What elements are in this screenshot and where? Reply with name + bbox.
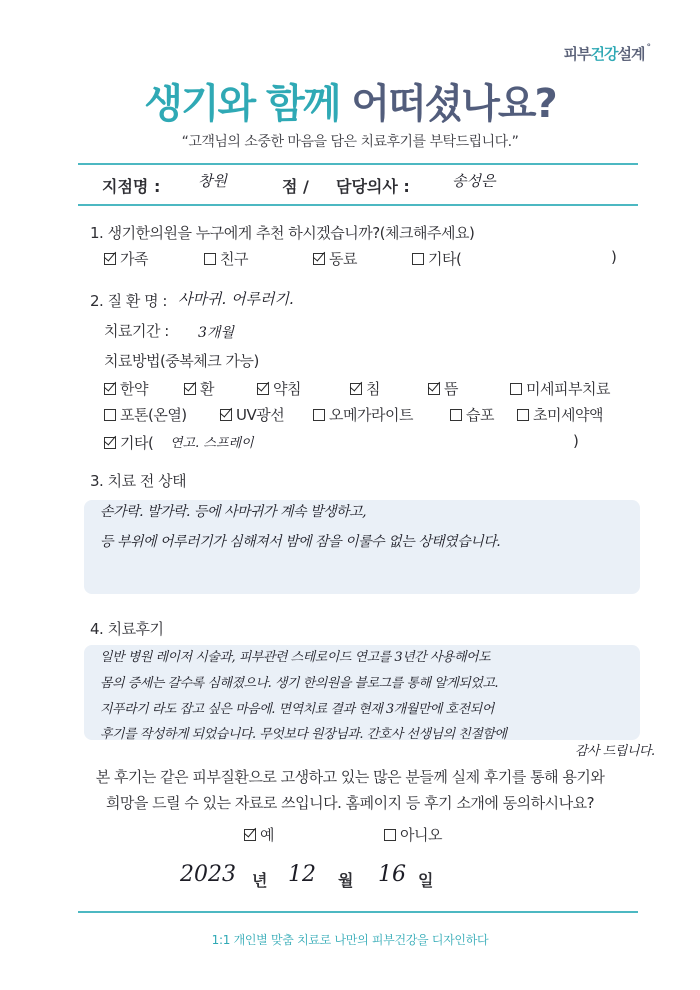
doctor-value[interactable]: 송성은: [452, 170, 495, 191]
method-micro-skin[interactable]: 미세피부치료: [510, 378, 610, 399]
title-part1: 생기와 함께: [144, 81, 339, 127]
date-year-unit: 년: [252, 868, 267, 891]
checkbox-icon[interactable]: [412, 253, 424, 265]
q1-option-other[interactable]: 기타(: [412, 248, 461, 269]
doctor-label: 담당의사 :: [336, 174, 410, 197]
checkbox-icon[interactable]: [384, 829, 396, 841]
q1-option-family[interactable]: 가족: [104, 248, 148, 269]
date-day[interactable]: 16: [378, 862, 406, 887]
q2-method-label: 치료방법(중복체크 가능): [104, 350, 259, 371]
checkbox-icon[interactable]: [313, 409, 325, 421]
checkbox-icon[interactable]: [510, 383, 522, 395]
consent-line-1: 본 후기는 같은 피부질환으로 고생하고 있는 많은 분들께 실제 후기를 통해…: [0, 766, 700, 787]
method-pharmacopuncture[interactable]: 약침: [257, 378, 301, 399]
method-other-value[interactable]: 연고. 스프레이: [170, 432, 254, 451]
logo-suffix: 설계: [618, 45, 645, 63]
q1-option-colleague[interactable]: 동료: [313, 248, 357, 269]
q4-title: 4. 치료후기: [90, 618, 164, 639]
method-acupuncture[interactable]: 침: [350, 378, 380, 399]
page-title: 생기와 함께 어떠셨나요?: [0, 72, 700, 129]
branch-doctor-row: 지점명 : 창원 점 / 담당의사 : 송성은: [102, 172, 622, 198]
q3-line-1: 손가락. 발가락. 등에 사마귀가 계속 발생하고,: [100, 501, 366, 521]
q2-period-value[interactable]: 3개월: [198, 322, 234, 342]
method-compress[interactable]: 습포: [450, 404, 494, 425]
date-month-unit: 월: [338, 868, 353, 891]
q2-disease-value[interactable]: 사마귀. 어루러기.: [178, 288, 294, 309]
method-uv[interactable]: UV광선: [220, 404, 284, 425]
method-other-close: ): [573, 432, 578, 450]
checkbox-icon[interactable]: [517, 409, 529, 421]
q4-line-4: 후기를 작성하게 되었습니다. 무엇보다 원장님과. 간호사 선생님의 친절함에: [100, 723, 507, 742]
page-subtitle: “고객님의 소중한 마음을 담은 치료후기를 부탁드립니다.”: [0, 131, 700, 151]
divider-top: [78, 163, 638, 165]
checkbox-checked-icon[interactable]: [313, 253, 325, 265]
checkbox-checked-icon[interactable]: [104, 253, 116, 265]
checkbox-checked-icon[interactable]: [104, 437, 116, 449]
checkbox-icon[interactable]: [204, 253, 216, 265]
q4-line-5: 감사 드립니다.: [575, 740, 655, 759]
branch-value[interactable]: 창원: [198, 170, 227, 191]
q3-title: 3. 치료 전 상태: [90, 470, 186, 491]
method-photon[interactable]: 포톤(온열): [104, 404, 187, 425]
branch-label: 지점명 :: [102, 174, 160, 197]
method-moxibustion[interactable]: 뜸: [428, 378, 458, 399]
checkbox-icon[interactable]: [450, 409, 462, 421]
checkbox-checked-icon[interactable]: [244, 829, 256, 841]
q2-period-label: 치료기간 :: [104, 320, 169, 341]
footer-tagline: 1:1 개인별 맞춤 치료로 나만의 피부건강을 디자인하다: [0, 931, 700, 948]
checkbox-checked-icon[interactable]: [428, 383, 440, 395]
q1-other-close: ): [611, 248, 616, 266]
checkbox-checked-icon[interactable]: [184, 383, 196, 395]
date-year[interactable]: 2023: [180, 862, 236, 887]
divider-bottom: [78, 911, 638, 913]
consent-yes[interactable]: 예: [244, 824, 274, 845]
method-other[interactable]: 기타(: [104, 432, 153, 453]
q4-line-2: 몸의 증세는 갈수록 심해졌으나. 생기 한의원을 블로그를 통해 알게되었고.: [100, 672, 498, 691]
q4-line-3: 지푸라기 라도 잡고 싶은 마음에. 면역치료 결과 현재 3개월만에 호전되어: [100, 698, 494, 717]
logo-prefix: 피부: [564, 45, 591, 63]
method-ultrafine-solution[interactable]: 초미세약액: [517, 404, 603, 425]
checkbox-checked-icon[interactable]: [104, 383, 116, 395]
q2-disease-label: 2. 질 환 명 :: [90, 290, 167, 311]
consent-line-2: 희망을 드릴 수 있는 자료로 쓰입니다. 홈페이지 등 후기 소개에 동의하시…: [0, 792, 700, 813]
logo-mark-icon: °: [647, 43, 651, 53]
method-omega-light[interactable]: 오메가라이트: [313, 404, 413, 425]
checkbox-checked-icon[interactable]: [350, 383, 362, 395]
q1-option-friend[interactable]: 친구: [204, 248, 248, 269]
q3-line-2: 등 부위에 어루러기가 심해져서 밤에 잠을 이룰수 없는 상태였습니다.: [100, 531, 500, 551]
logo-accent: 건강: [591, 45, 618, 63]
checkbox-checked-icon[interactable]: [257, 383, 269, 395]
date-month[interactable]: 12: [288, 862, 316, 887]
brand-logo: 피부건강설계°: [564, 43, 650, 64]
q1-title: 1. 생기한의원을 누구에게 추천 하시겠습니까?(체크해주세요): [90, 222, 474, 243]
checkbox-checked-icon[interactable]: [220, 409, 232, 421]
method-herbal[interactable]: 한약: [104, 378, 148, 399]
consent-no[interactable]: 아니오: [384, 824, 442, 845]
date-day-unit: 일: [418, 868, 433, 891]
method-pill[interactable]: 환: [184, 378, 214, 399]
divider-branch: [78, 204, 638, 206]
title-part2: 어떠셨나요?: [351, 81, 555, 127]
q4-line-1: 일반 병원 레이저 시술과, 피부관련 스테로이드 연고를 3년간 사용해어도: [100, 646, 490, 665]
branch-suffix: 점 /: [282, 174, 309, 197]
checkbox-icon[interactable]: [104, 409, 116, 421]
